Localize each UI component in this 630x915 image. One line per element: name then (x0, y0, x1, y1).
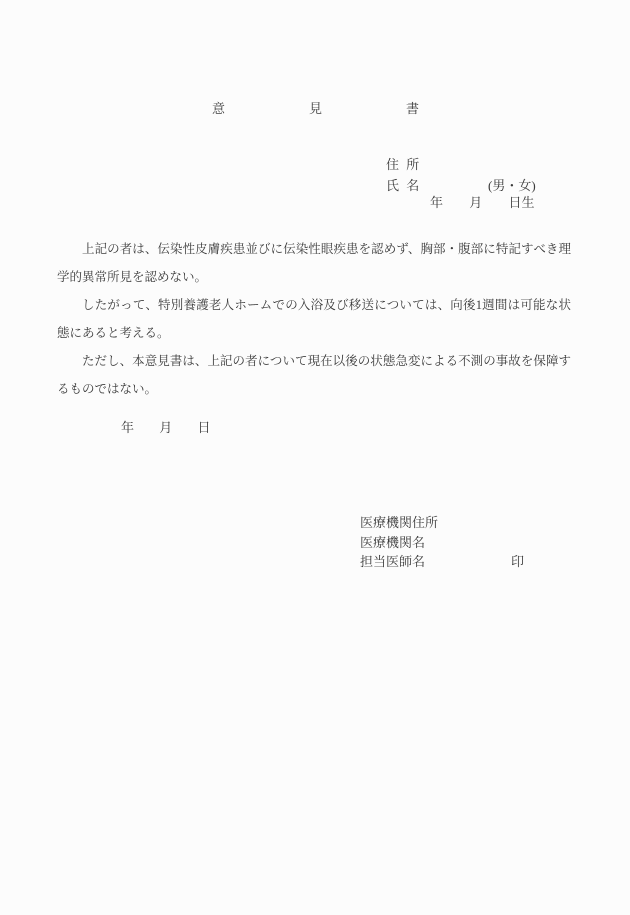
institution-address-label: 医療機関住所 (360, 513, 438, 533)
seal-label: 印 (511, 555, 524, 568)
gender-label: (男・女) (488, 179, 536, 192)
body-paragraph-findings: 上記の者は、伝染性皮膚疾患並びに伝染性眼疾患を認めず、胸部・腹部に特記すべき理学… (57, 235, 571, 291)
birthdate-label: 年 月 日生 (430, 196, 535, 209)
body-paragraph-disclaimer: ただし、本意見書は、上記の者について現在以後の状態急変による不測の事故を保障する… (57, 347, 571, 403)
signature-block: 医療機関住所 医療機関名 担当医師名 (360, 513, 438, 572)
address-label: 住 所 (386, 158, 419, 171)
doctor-name-label: 担当医師名 (360, 552, 438, 572)
document-page: 意見書 住 所 氏 名 (男・女) 年 月 日生 上記の者は、伝染性皮膚疾患並び… (0, 0, 630, 915)
issue-date-label: 年 月 日 (121, 421, 211, 434)
document-body: 上記の者は、伝染性皮膚疾患並びに伝染性眼疾患を認めず、胸部・腹部に特記すべき理学… (57, 235, 571, 403)
institution-name-label: 医療機関名 (360, 533, 438, 553)
body-paragraph-conclusion: したがって、特別養護老人ホームでの入浴及び移送については、向後1週間は可能な状態… (57, 291, 571, 347)
name-label: 氏 名 (386, 179, 419, 192)
document-title: 意見書 (212, 102, 503, 115)
